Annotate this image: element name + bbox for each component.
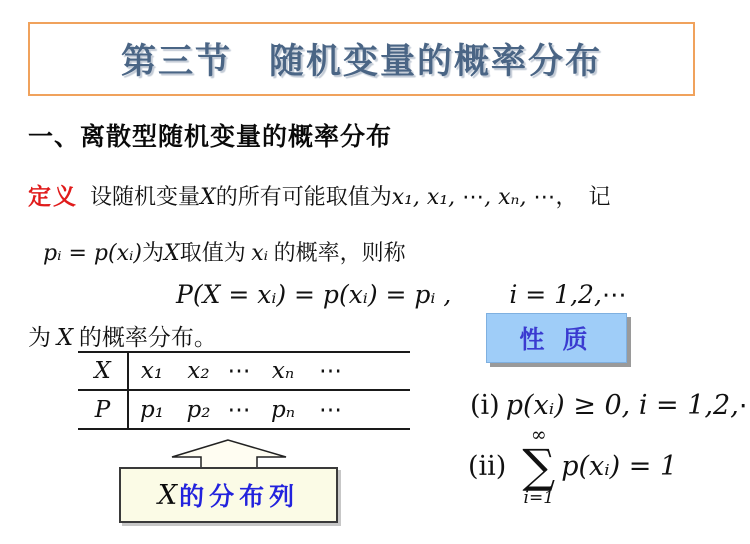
prob-text-3: 的概率，则称 — [268, 240, 406, 265]
sigma-icon: ∑ — [522, 445, 555, 489]
definition-text-post: ， 记 — [555, 184, 610, 209]
dist-var: X — [57, 325, 73, 351]
callout-var: X — [158, 480, 177, 511]
section-heading: 一、离散型随机变量的概率分布 — [28, 117, 392, 153]
prob-text-2: 取值为 — [180, 240, 252, 265]
definition-var: X — [200, 185, 216, 210]
table-cell: x₂ — [177, 358, 220, 384]
prob-math-1: pᵢ = p(xᵢ) — [43, 241, 142, 266]
probability-line: pᵢ = p(xᵢ)为X取值为 xᵢ 的概率，则称 — [43, 236, 406, 267]
dist-text-1: 为 — [28, 325, 57, 350]
table-cell: pₙ — [258, 397, 308, 423]
table-cell: P — [78, 397, 127, 423]
equation-left: P(X = xᵢ) = p(xᵢ) = pᵢ , — [176, 280, 451, 309]
prob-text-1: 为 — [142, 240, 164, 265]
slide: 第三节 随机变量的概率分布 一、离散型随机变量的概率分布 定义设随机变量X的所有… — [0, 0, 750, 544]
table-cell: p₂ — [177, 397, 220, 423]
table-cell: p₁ — [127, 397, 177, 423]
property-i-body: p(xᵢ) ≥ 0, i = 1,2,⋯ — [506, 390, 750, 421]
dist-text-2: 的概率分布。 — [73, 325, 217, 350]
property-i: (i)p(xᵢ) ≥ 0, i = 1,2,⋯ — [470, 390, 750, 421]
property-ii: (ii) ∞ ∑ i=1 p(xᵢ) = 1 — [468, 426, 677, 507]
distribution-statement: 为 X 的概率分布。 — [28, 319, 217, 352]
summation: ∞ ∑ i=1 — [522, 426, 555, 507]
definition-text-mid: 的所有可能取值为 — [216, 184, 392, 209]
definition-text-pre: 设随机变量 — [90, 184, 200, 209]
table-divider — [127, 353, 129, 428]
summation-lower-limit: i=1 — [524, 489, 555, 508]
table-cell: ⋯ — [308, 358, 353, 384]
prob-math-3: xᵢ — [251, 241, 268, 266]
table-cell: ⋯ — [308, 397, 353, 423]
table-cell: X — [78, 358, 127, 384]
up-arrow-icon — [170, 439, 288, 469]
property-i-prefix: (i) — [470, 390, 500, 421]
properties-button[interactable]: 性 质 — [486, 313, 627, 363]
page-title: 第三节 随机变量的概率分布 — [121, 34, 602, 84]
equation-index: i = 1,2,⋯ — [509, 280, 627, 309]
definition-label: 定义 — [28, 184, 78, 209]
distribution-table: X x₁ x₂ ⋯ xₙ ⋯ P p₁ p₂ ⋯ pₙ ⋯ — [78, 351, 410, 430]
title-banner: 第三节 随机变量的概率分布 — [28, 22, 695, 96]
property-ii-prefix: (ii) — [468, 451, 506, 482]
definition-sequence: x₁, x₁, ⋯, xₙ, ⋯ — [392, 185, 556, 210]
definition-line: 定义设随机变量X的所有可能取值为x₁, x₁, ⋯, xₙ, ⋯， 记 — [28, 178, 610, 211]
property-ii-body: p(xᵢ) = 1 — [561, 451, 677, 482]
table-cell: ⋯ — [220, 358, 258, 384]
table-cell: xₙ — [258, 358, 308, 384]
prob-math-2: X — [164, 241, 180, 266]
distribution-callout: X 的分布列 — [119, 467, 338, 523]
main-equation: P(X = xᵢ) = p(xᵢ) = pᵢ , i = 1,2,⋯ — [176, 280, 627, 309]
table-cell: ⋯ — [220, 397, 258, 423]
properties-button-label: 性 质 — [519, 320, 593, 356]
table-cell: x₁ — [127, 358, 177, 384]
callout-label: 的分布列 — [179, 477, 299, 513]
